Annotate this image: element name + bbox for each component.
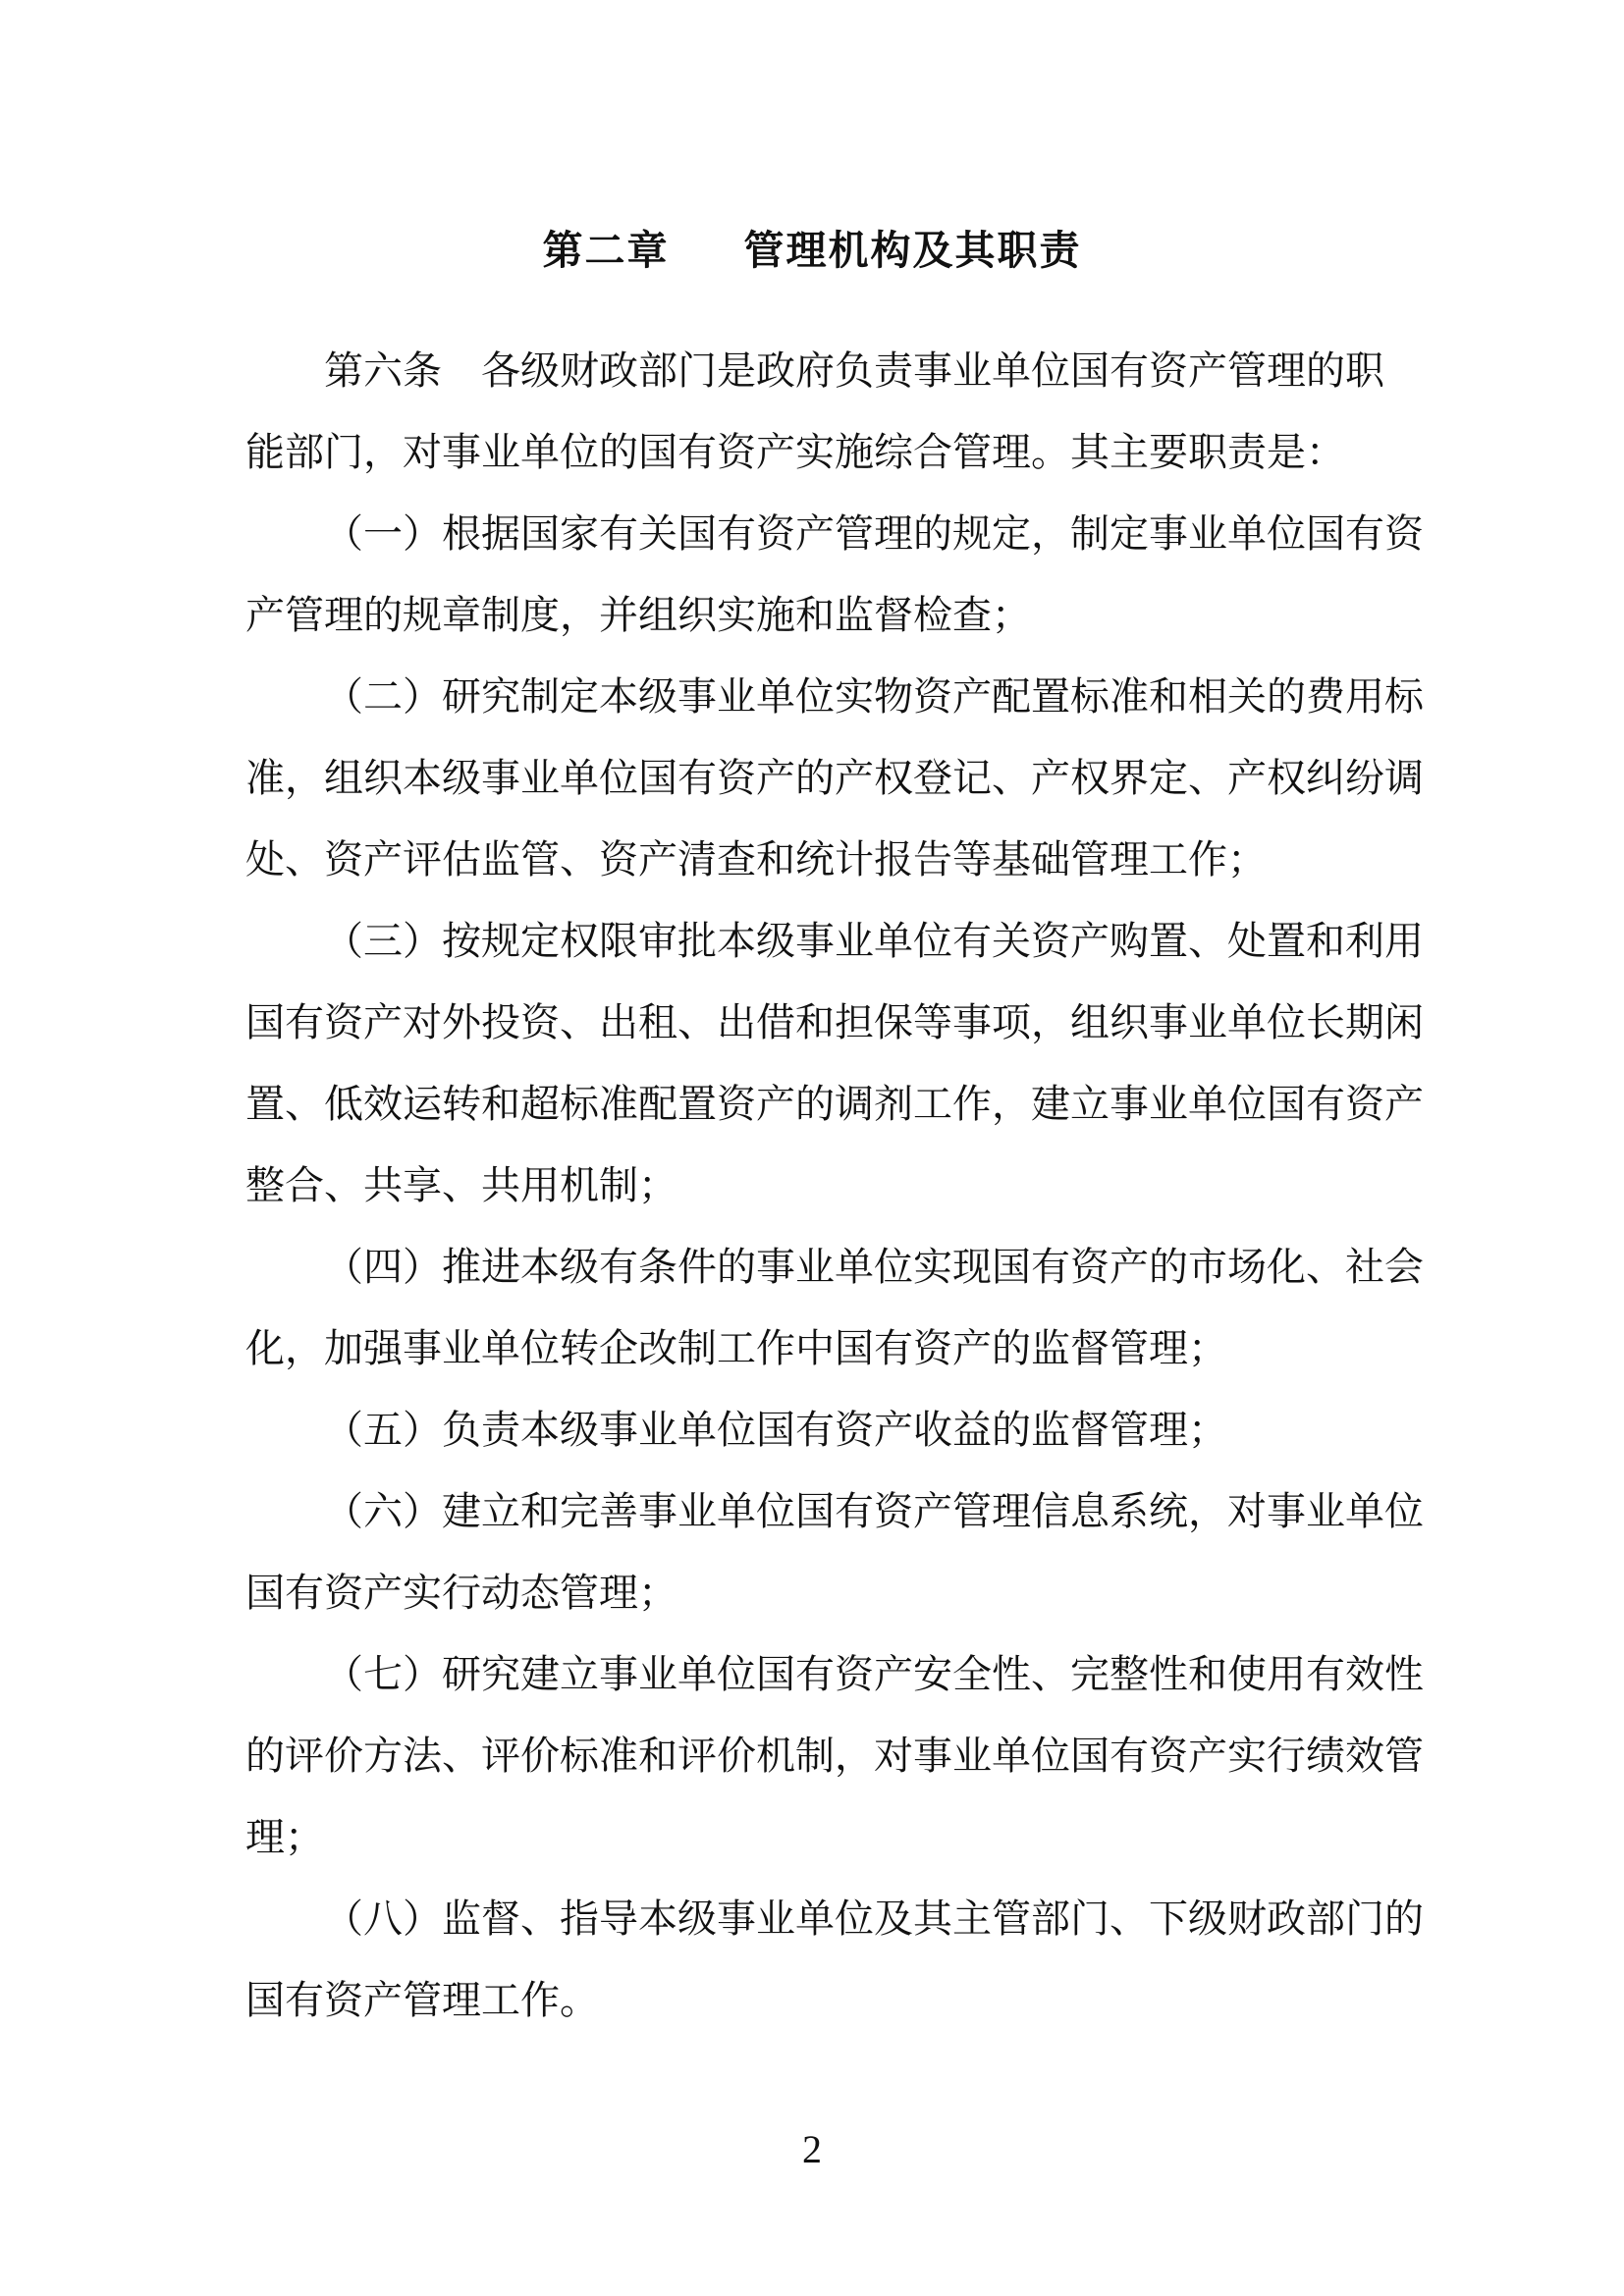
text-line: 的评价方法、评价标准和评价机制，对事业单位国有资产实行绩效管 — [245, 1715, 1434, 1796]
text-line: 置、低效运转和超标准配置资产的调剂工作，建立事业单位国有资产 — [245, 1063, 1434, 1145]
page-footer: 2 — [0, 2122, 1624, 2177]
text-line: （三）按规定权限审批本级事业单位有关资产购置、处置和利用 — [245, 900, 1434, 982]
text-line: （二）研究制定本级事业单位实物资产配置标准和相关的费用标 — [245, 656, 1434, 737]
paragraph-item-1: （一）根据国家有关国有资产管理的规定，制定事业单位国有资产管理的规章制度，并组织… — [245, 493, 1434, 656]
text-line: （七）研究建立事业单位国有资产安全性、完整性和使用有效性 — [245, 1633, 1434, 1715]
document-body: 第六条 各级财政部门是政府负责事业单位国有资产管理的职能部门，对事业单位的国有资… — [0, 330, 1434, 2041]
paragraph-item-6: （六）建立和完善事业单位国有资产管理信息系统，对事业单位国有资产实行动态管理； — [245, 1470, 1434, 1633]
text-line: 处、资产评估监管、资产清查和统计报告等基础管理工作； — [245, 819, 1434, 900]
text-line: （一）根据国家有关国有资产管理的规定，制定事业单位国有资 — [245, 493, 1434, 574]
paragraph-item-5: （五）负责本级事业单位国有资产收益的监督管理； — [245, 1389, 1434, 1470]
page-number: 2 — [802, 2127, 822, 2171]
paragraph-item-7: （七）研究建立事业单位国有资产安全性、完整性和使用有效性的评价方法、评价标准和评… — [245, 1633, 1434, 1878]
text-line: 准，组织本级事业单位国有资产的产权登记、产权界定、产权纠纷调 — [245, 737, 1434, 819]
document-page: 第二章管理机构及其职责 第六条 各级财政部门是政府负责事业单位国有资产管理的职能… — [0, 0, 1624, 2296]
paragraph-item-8: （八）监督、指导本级事业单位及其主管部门、下级财政部门的国有资产管理工作。 — [245, 1878, 1434, 2041]
paragraph-item-3: （三）按规定权限审批本级事业单位有关资产购置、处置和利用国有资产对外投资、出租、… — [245, 900, 1434, 1226]
text-line: 理； — [245, 1796, 1434, 1878]
paragraph-item-4: （四）推进本级有条件的事业单位实现国有资产的市场化、社会化，加强事业单位转企改制… — [245, 1226, 1434, 1389]
chapter-heading: 第二章管理机构及其职责 — [0, 0, 1624, 279]
text-line: 国有资产对外投资、出租、出借和担保等事项，组织事业单位长期闲 — [245, 982, 1434, 1063]
chapter-number: 第二章 — [543, 228, 670, 273]
paragraph-article-6: 第六条 各级财政部门是政府负责事业单位国有资产管理的职能部门，对事业单位的国有资… — [245, 330, 1434, 493]
text-line: 国有资产管理工作。 — [245, 1959, 1434, 2041]
chapter-title: 管理机构及其职责 — [744, 228, 1082, 273]
paragraph-item-2: （二）研究制定本级事业单位实物资产配置标准和相关的费用标准，组织本级事业单位国有… — [245, 656, 1434, 900]
text-line: 整合、共享、共用机制； — [245, 1145, 1434, 1226]
text-line: （四）推进本级有条件的事业单位实现国有资产的市场化、社会 — [245, 1226, 1434, 1308]
text-line: （八）监督、指导本级事业单位及其主管部门、下级财政部门的 — [245, 1878, 1434, 1959]
title-gap — [670, 263, 744, 264]
text-line: 能部门，对事业单位的国有资产实施综合管理。其主要职责是： — [245, 411, 1434, 493]
text-line: 化，加强事业单位转企改制工作中国有资产的监督管理； — [245, 1308, 1434, 1389]
text-line: 产管理的规章制度，并组织实施和监督检查； — [245, 574, 1434, 656]
text-line: 国有资产实行动态管理； — [245, 1552, 1434, 1633]
text-line: 第六条 各级财政部门是政府负责事业单位国有资产管理的职 — [245, 330, 1434, 411]
text-line: （五）负责本级事业单位国有资产收益的监督管理； — [245, 1389, 1434, 1470]
text-line: （六）建立和完善事业单位国有资产管理信息系统，对事业单位 — [245, 1470, 1434, 1552]
